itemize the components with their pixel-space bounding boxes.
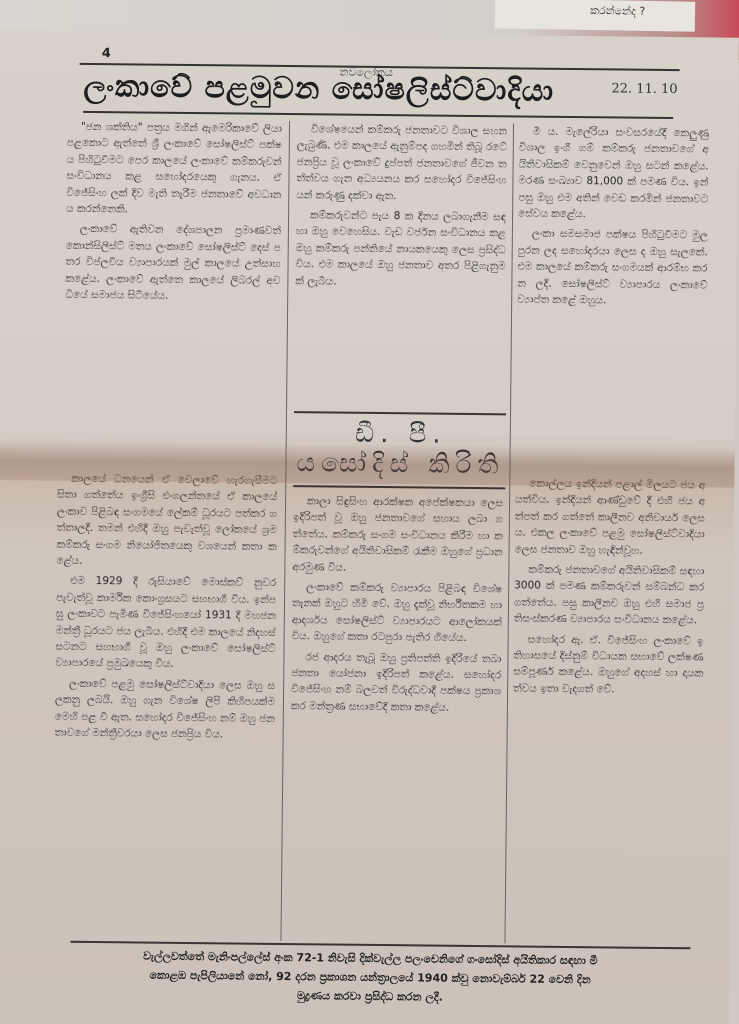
paragraph: මී ය. මැලේරියා සංවසරයේදී කෙලුණු විශාල ඉං… — [518, 123, 709, 223]
paragraph: කම්කරු ජනතාවගේ අයිතිවාසිකම් සඳහා 3000 ක්… — [514, 561, 705, 629]
column-divider — [280, 121, 290, 941]
column-middle-top: විශේෂයෙන් කම්කරු ජනතාවට විශාල සහන ලැබුණි… — [294, 121, 507, 403]
paragraph: ලංකාවේ කම්කරු ව්‍යාපාරය පිළිබඳ විශේෂ තැන… — [292, 579, 503, 647]
paragraph: කොල්ලය ඉන්දියන් පළාල් මිලයට ජය අයත්විය. … — [515, 475, 706, 559]
background-paper-slip: කරන්නේද ? — [495, 0, 695, 32]
page-number: 4 — [102, 46, 111, 61]
paragraph: කාලයේ ධනයෙන් ඒ වෙලාවේ හැරගැසීමට සිතා ගත්… — [56, 471, 277, 572]
newspaper-page: 4 නවලෝකය 22. 11. 10 ලංකාවේ පළමුවන සෝෂලිස… — [0, 30, 739, 1024]
column-right-bottom: කොල්ලය ඉන්දියන් පළාල් මිලයට ජය අයත්විය. … — [510, 475, 705, 945]
byline-rule-bottom — [293, 485, 505, 489]
paragraph: කම්කරුවන්ට පැය 8 ක දිනය ලබාගැනීම සඳහා ඔහ… — [295, 207, 506, 291]
column-left-top: "ජන ශක්තිය" පත්‍රය මගින් ඇමෙරිකාවේ ලියා … — [64, 119, 282, 441]
paragraph: ලංකාවේ ඇතිවන දේශපාලන ප්‍රමාණවත් කොන්සිලි… — [65, 221, 281, 305]
headline: ලංකාවේ පළමුවන සෝෂලිස්ට්වාදියා — [83, 69, 554, 109]
slip-text: කරන්නේද ? — [590, 4, 645, 19]
paragraph: සහෝදර ඇ. ඒ. විජේසිංහ ලංකාවේ ඉතිහාසයේ දිස… — [513, 631, 704, 699]
column-right-top: මී ය. මැලේරියා සංවසරයේදී කෙලුණු විශාල ඉං… — [516, 123, 709, 445]
byline-rule-top — [294, 411, 506, 415]
paragraph: කාලා සිඳුසිංහ ආරක්ෂක අපේක්ෂකයා ලෙස ඉදිරි… — [292, 493, 503, 577]
headline-rule — [83, 111, 673, 119]
printer-imprint: වැල්ලවත්තේ මැනිංපල්ලේස් අංක 72-1 නිවැසි … — [50, 946, 691, 1010]
paragraph: විශේෂයෙන් කම්කරු ජනතාවට විශාල සහන ලැබුණි… — [296, 121, 507, 205]
paper-fold-shadow — [0, 440, 735, 488]
paragraph: ලංකා සමසමාජ පක්ෂය පිහිටුවීමට මුලපුරන ලද … — [517, 226, 708, 310]
paragraph: රජ ආදරය තැබූ ඔහු ප්‍රතිපත්ති ඉදිරියේ තබා… — [291, 649, 502, 717]
column-left-bottom: කාලයේ ධනයෙන් ඒ වෙලාවේ හැරගැසීමට සිතා ගත්… — [52, 471, 277, 941]
paragraph: "ජන ශක්තිය" පත්‍රය මගින් ඇමෙරිකාවේ ලියා … — [66, 119, 282, 220]
paragraph: ලංකාවේ පළමු සෝෂලිස්ට්වාදියා ලෙස ඔහු සලකන… — [55, 675, 276, 743]
paragraph: එම 1929 දී රුසියාවේ මොස්කව් නුවර පැවැත්ව… — [55, 573, 276, 674]
column-middle-bottom: කාලා සිඳුසිංහ ආරක්ෂක අපේක්ෂකයා ලෙස ඉදිරි… — [288, 493, 503, 943]
issue-date: 22. 11. 10 — [611, 81, 677, 97]
